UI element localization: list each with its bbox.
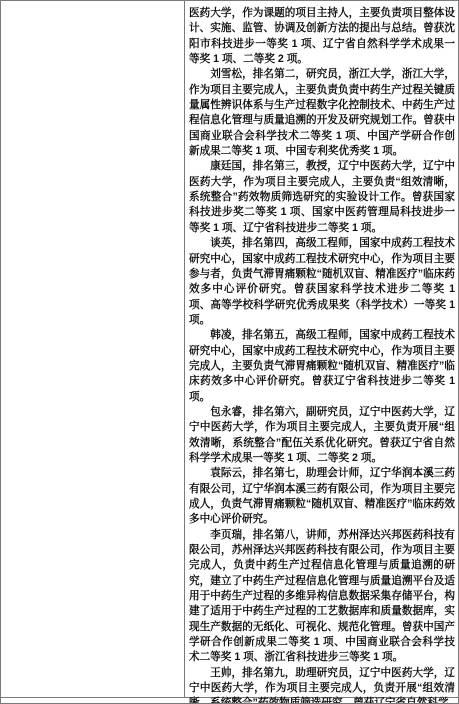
paragraph-rank9-wangshuai: 王帅，排名第九，助理研究员，辽宁中医药大学，辽宁中医药大学，作为项目主要完成人，… [189, 666, 455, 704]
paragraph-rank2-liuxuesong: 刘雪松，排名第二，研究员，浙江大学，浙江大学，作为项目主要完成人，主要负责负责中… [189, 67, 455, 159]
paragraph-rank7-yuanjiyun: 袁际云，排名第七，助理会计师，辽宁华润本溪三药有限公司，辽宁华润本溪三药有限公司… [189, 466, 455, 527]
table-column-divider [184, 1, 185, 698]
text-column: 医药大学，作为课题的项目主持人，主要负责项目整体设计、实施、监管、协调及创新方法… [189, 6, 455, 704]
paragraph-rank4-tanying: 谈英，排名第四，高级工程师，国家中成药工程技术研究中心，国家中成药工程技术研究中… [189, 236, 455, 328]
paragraph-rank3-kangtingguo: 康廷国，排名第三，教授，辽宁中医药大学，辽宁中医药大学，作为项目主要完成人，主要… [189, 159, 455, 236]
paragraph-continuation: 医药大学，作为课题的项目主持人，主要负责项目整体设计、实施、监管、协调及创新方法… [189, 6, 455, 67]
paragraph-rank8-liyerui: 李页瑞，排名第八，讲师，苏州泽达兴邦医药科技有限公司，苏州泽达兴邦医药科技有限公… [189, 528, 455, 666]
document-page: 医药大学，作为课题的项目主持人，主要负责项目整体设计、实施、监管、协调及创新方法… [0, 0, 459, 704]
paragraph-rank6-baoyongrui: 包永睿，排名第六，副研究员，辽宁中医药大学，辽宁中医药大学，作为项目主要完成人，… [189, 405, 455, 466]
paragraph-rank5-hanling: 韩凌，排名第五，高级工程师，国家中成药工程技术研究中心，国家中成药工程技术研究中… [189, 328, 455, 405]
